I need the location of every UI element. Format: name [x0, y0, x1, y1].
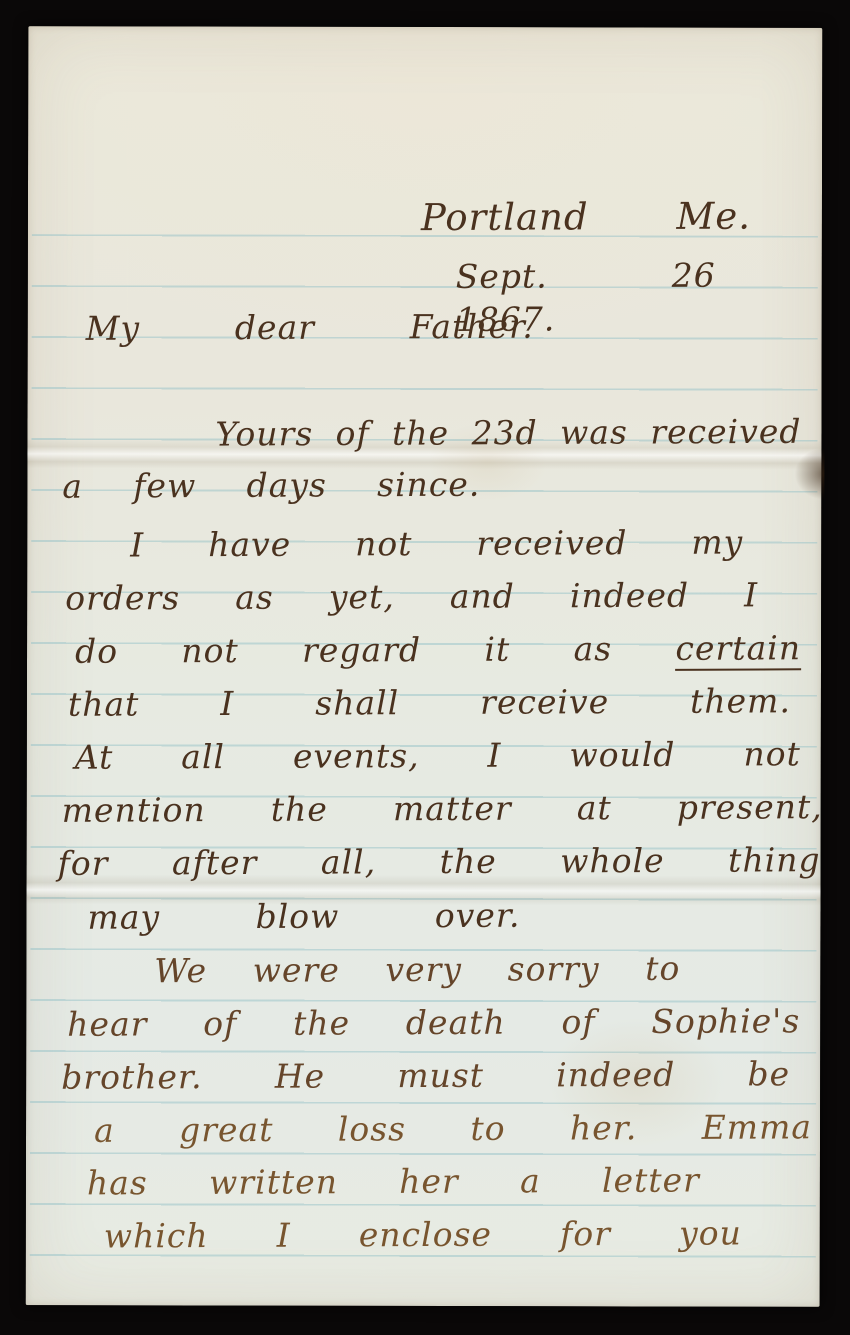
body-line-7: At all events, I would not	[75, 733, 801, 779]
body-line-16: which I enclose for you	[104, 1212, 742, 1258]
body-line-12: hear of the death of Sophie's	[67, 1000, 800, 1046]
underlined-word-certain: certain	[675, 628, 801, 671]
body-line-5: do not regard it as certain	[75, 627, 801, 673]
heading-place: Portland Me.	[421, 193, 751, 243]
letter-paper: Portland Me. Sept. 26 1867. My dear Fath…	[26, 26, 823, 1307]
body-line-14: a great loss to her. Emma	[94, 1106, 812, 1152]
body-line-6: that I shall receive them.	[68, 680, 791, 726]
body-line-11: We were very sorry to	[154, 948, 680, 993]
body-line-15: has written her a letter	[87, 1159, 700, 1205]
body-line-5-text: do not regard it as	[75, 629, 612, 671]
photo-background: Portland Me. Sept. 26 1867. My dear Fath…	[0, 0, 850, 1335]
body-line-10: may blow over.	[87, 895, 520, 940]
body-line-4: orders as yet, and indeed I	[65, 574, 758, 620]
body-line-13: brother. He must indeed be	[61, 1053, 790, 1099]
salutation: My dear Father.	[86, 306, 534, 351]
body-line-8: mention the matter at present,	[62, 786, 823, 833]
body-line-1: Yours of the 23d was received	[215, 411, 801, 457]
body-line-9: for after all, the whole thing	[57, 839, 820, 886]
body-line-2: a few days since.	[62, 464, 480, 509]
fold-edge-shadow	[794, 448, 824, 500]
body-line-3: I have not received my	[130, 522, 743, 568]
